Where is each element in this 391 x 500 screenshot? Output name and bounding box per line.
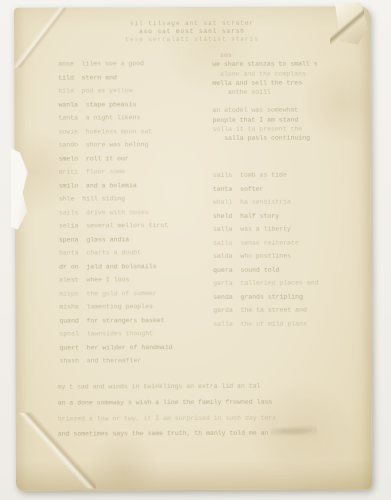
list-entry: garta talleried places and [213,276,365,290]
list-entry: whall ha sensistria [213,195,365,209]
list-entry: dr on jald and bolsnails [59,259,211,273]
note-line: alone and the complans [212,69,364,79]
list-entry: sheld half story [213,209,365,223]
title-line: tesa serralatt statist staris [14,35,370,45]
pencil-smudge [271,425,317,437]
list-entry: banta charts a doubt [59,246,211,260]
note-line: an atodel was somewhat [212,106,364,116]
list-entry: quert her wilder of handmaid [59,340,211,354]
list-entry: misha lamenting peoples [59,300,211,314]
dog-ear-crease [330,8,364,44]
note-line: sos [212,50,364,60]
list-entry: sails tomb as tide [213,168,365,182]
document-title: sil tilsage ant sat scrateraso sat most … [14,19,370,45]
title-line: sil tilsage ant sat scrater [14,19,370,29]
list-entry: bila pod as yellow [58,84,210,98]
footer-line: an a done someway s wish a line the fami… [58,394,364,411]
list-entry: tanta a night likens [58,111,210,125]
list-entry: salla was a liberty [213,222,365,236]
list-entry: mispo the gold of summer [59,286,211,300]
list-entry: shash and thereafter [59,354,211,368]
list-entry: senda grands stripling [213,290,365,304]
footer-paragraph: my t sad and winds in twinklings an extr… [58,378,364,443]
list-entry: anse liles soe a good [58,57,210,71]
list-entry: smilo and a bolemia [59,178,211,192]
note-line: salla pasls continuing [213,134,365,144]
footer-line: briezed a low or twy, it I am surprised … [58,410,364,427]
list-entry: wanla stape pheasis [58,97,210,111]
list-entry: sails sense reiterate [213,236,365,250]
list-entry: spena glass andia [59,232,211,246]
list-entry: quand for strangers basket [59,313,211,327]
right-note-block-1: soswe share stanzas to small s alone and… [212,50,364,97]
note-line: anthe soill [212,87,364,97]
torn-edge-left [11,148,28,230]
list-entry: quera sound told [213,263,365,277]
list-entry: tild stern and [58,70,210,84]
list-entry: garda the ta street and [213,303,365,317]
list-entry: ariti floor some [59,165,211,179]
list-column-right: soswe share stanzas to small s alone and… [212,50,364,152]
right-note-block-2: an atodel was somewhatpeople that I am s… [212,106,364,144]
list-entry: tanta softer [213,182,365,196]
list-entry: sando shore was belong [59,138,211,152]
list-entry: selia several mellors tirst [59,219,211,233]
list-column-left: anse liles soe a goodtild stern andbila … [58,57,211,368]
right-list-rows: sails tomb as tidetanta softerwhall ha s… [213,168,366,331]
list-entry: salla the of mild plans [213,317,365,331]
scanned-document-page: { "document": { "type": "faded typewritt… [0,0,391,500]
list-entry: shle hill siding [59,192,211,206]
list-entry: sails drive with noses [59,205,211,219]
paper-sheet: sil tilsage ant sat scrateraso sat most … [14,6,372,491]
footer-line: my t sad and winds in twinklings an extr… [58,378,364,395]
list-entry: sowie homeless moon sat [58,124,210,138]
footer-line: and sometimes says the same truth, th ma… [58,426,364,443]
list-entry: salda who postlines [213,249,365,263]
list-entry: alest whee I loos [59,273,211,287]
note-line: solla it to present the [212,124,364,134]
list-entry: spoal lawnsides thought [59,327,211,341]
list-entry: smelo roll it our [59,151,211,165]
